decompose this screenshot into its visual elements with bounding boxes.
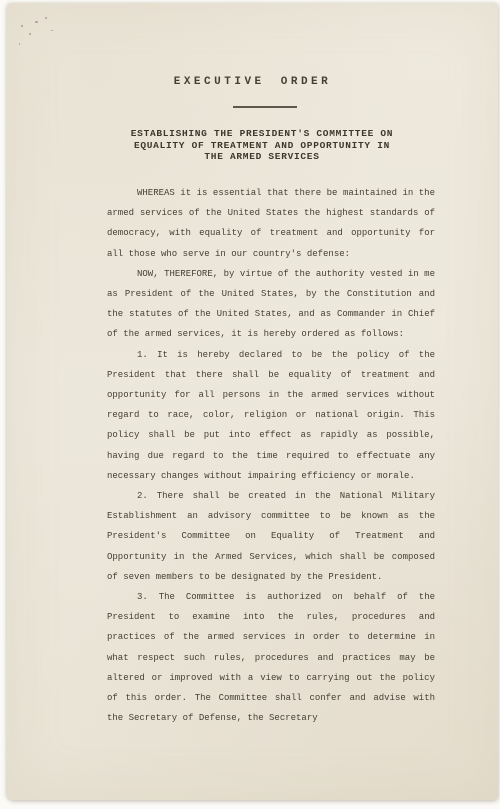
document-page: EXECUTIVE ORDER ESTABLISHING THE PRESIDE… bbox=[7, 3, 498, 800]
paper-speck bbox=[21, 25, 23, 27]
document-title: EXECUTIVE ORDER bbox=[7, 76, 498, 88]
paper-speck bbox=[19, 43, 20, 45]
paper-speck bbox=[29, 33, 31, 35]
document-body: WHEREAS it is essential that there be ma… bbox=[107, 183, 435, 728]
paragraph-section-2: 2. There shall be created in the Nationa… bbox=[107, 486, 435, 587]
paragraph-now-therefore: NOW, THEREFORE, by virtue of the authori… bbox=[107, 264, 435, 345]
subtitle-line: ESTABLISHING THE PRESIDENT'S COMMITTEE O… bbox=[72, 128, 452, 140]
paragraph-section-3: 3. The Committee is authorized on behalf… bbox=[107, 587, 435, 728]
paper-speck bbox=[35, 21, 38, 23]
document-subtitle: ESTABLISHING THE PRESIDENT'S COMMITTEE O… bbox=[72, 128, 452, 163]
subtitle-line: THE ARMED SERVICES bbox=[72, 151, 452, 163]
title-divider-rule bbox=[233, 106, 297, 108]
paragraph-whereas: WHEREAS it is essential that there be ma… bbox=[107, 183, 435, 264]
paper-speck bbox=[45, 17, 47, 19]
paper-speck bbox=[51, 30, 53, 31]
paragraph-section-1: 1. It is hereby declared to be the polic… bbox=[107, 345, 435, 486]
scan-background: EXECUTIVE ORDER ESTABLISHING THE PRESIDE… bbox=[0, 0, 500, 809]
subtitle-line: EQUALITY OF TREATMENT AND OPPORTUNITY IN bbox=[72, 140, 452, 152]
